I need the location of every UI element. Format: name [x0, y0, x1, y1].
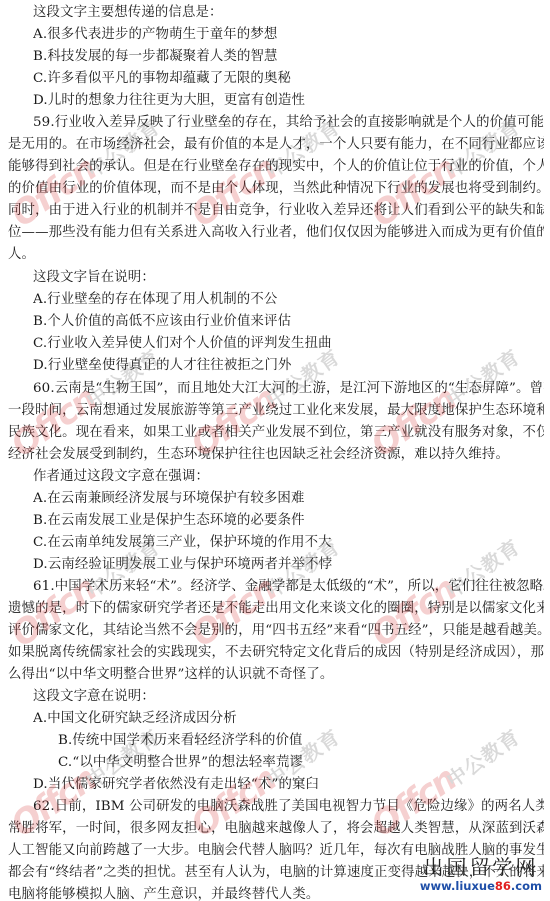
question-62-paragraph-line: 常胜将军，一时间，很多网友担心，电脑越来越像人了，将会超越人类智慧，从深蓝到沃森… — [8, 818, 544, 840]
question-59-paragraph-line: 位——那些没有能力但有关系进入高收入行业者，他们仅仅因为能够进入而成为更有价值的 — [8, 222, 544, 244]
question-60-paragraph-line: 经济社会发展受到制约，生态环境保护往往也因缺乏社会经济资源，难以持久维持。 — [8, 444, 544, 466]
question-prompt-61: 这段文字意在说明： — [33, 686, 544, 708]
site-logo-name: 出国留学网 — [420, 855, 542, 879]
question-prompt-58: 这段文字主要想传递的信息是： — [33, 2, 544, 24]
question-59-paragraph-line: 同时，由于进入行业的机制并不是自由竞争，行业收入差异还将让人们看到公平的缺失和缺 — [8, 200, 544, 222]
option-b-58: B.科技发展的每一步都凝聚着人类的智慧 — [33, 46, 544, 68]
question-59-paragraph-line: 59.行业收入差异反映了行业壁垒的存在，其给予社会的直接影响就是个人的价值可能 — [33, 112, 544, 134]
question-62-paragraph-line: 62.日前，IBM 公司研发的电脑沃森战胜了美国电视智力节目《危险边缘》的两名人… — [33, 796, 544, 818]
option-b-59: B.个人价值的高低不应该由行业价值来评估 — [33, 311, 544, 333]
question-61-paragraph-line: 如果脱离传统儒家社会的实践现实，不去研究特定文化背后的成因（特别是经济成因），那 — [8, 642, 544, 664]
option-a-59: A.行业壁垒的存在体现了用人机制的不公 — [33, 289, 544, 311]
question-61-paragraph-line: 么得出“以中华文明整合世界”这样的认识就不奇怪了。 — [8, 664, 544, 686]
option-c-58: C.许多看似平凡的事物却蕴藏了无限的奥秘 — [33, 68, 544, 90]
option-c-59: C.行业收入差异使人们对个人价值的评判发生扭曲 — [33, 333, 544, 355]
question-61-paragraph-line: 遗憾的是，时下的儒家研究学者还是不能走出用文化来谈文化的圈圈，特别是以儒家文化来 — [8, 598, 544, 620]
document-page: 这段文字主要想传递的信息是： A.很多代表进步的产物萌生于童年的梦想 B.科技发… — [0, 0, 550, 901]
question-61-paragraph-line: 评价儒家文化，其结论当然不会是别的，用“四书五经”来看“四书五经”，只能是越看越… — [8, 620, 544, 642]
option-a-58: A.很多代表进步的产物萌生于童年的梦想 — [33, 24, 544, 46]
option-b-61: B.传统中国学术历来看轻经济学科的价值 — [58, 730, 544, 752]
option-d-60: D.云南经验证明发展工业与保护环境两者并举不悖 — [33, 554, 544, 576]
site-logo-url: www.liuxue86.com — [420, 879, 542, 893]
question-59-paragraph-line: 是无用的。在市场经济社会，最有价值的本是人才，一个人只要有能力，在不同行业都应该 — [8, 134, 544, 156]
option-b-60: B.在云南发展工业是保护生态环境的必要条件 — [33, 510, 544, 532]
question-60-paragraph-line: 一段时间，云南想通过发展旅游等第三产业绕过工业化来发展，最大限度地保护生态环境和 — [8, 400, 544, 422]
site-logo: 出国留学网 www.liuxue86.com — [420, 855, 542, 893]
option-d-61: D.当代儒家研究学者依然没有走出轻“术”的窠臼 — [33, 774, 544, 796]
option-c-61: C.“以中华文明整合世界”的想法轻率荒谬 — [58, 752, 544, 774]
option-c-60: C.在云南单纯发展第三产业，保护环境的作用不大 — [33, 532, 544, 554]
question-59-paragraph-line: 的价值由行业的价值体现，而不是由个人体现，当然此种情况下行业的发展也将受到制约。 — [8, 178, 544, 200]
question-61-paragraph-line: 61.中国学术历来轻“术”。经济学、金融学都是太低级的“术”，所以，它们往往被忽… — [33, 576, 544, 598]
option-a-60: A.在云南兼顾经济发展与环境保护有较多困难 — [33, 488, 544, 510]
option-d-58: D.儿时的想象力往往更为大胆，更富有创造性 — [33, 90, 544, 112]
question-prompt-59: 这段文字旨在说明： — [33, 267, 544, 289]
question-60-paragraph-line: 60.云南是“生物王国”，而且地处大江大河的上游，是江河下游地区的“生态屏障”。… — [33, 378, 544, 400]
option-a-61: A.中国文化研究缺乏经济成因分析 — [33, 708, 544, 730]
question-59-paragraph-line: 能够得到社会的承认。但是在行业壁垒存在的现实中，个人的价值让位于行业的价值，个人 — [8, 156, 544, 178]
option-d-59: D.行业壁垒使得真正的人才往往被拒之门外 — [33, 355, 544, 377]
question-prompt-60: 作者通过这段文字意在强调： — [33, 466, 544, 488]
question-59-paragraph-line: 人。 — [8, 244, 544, 266]
question-60-paragraph-line: 民族文化。现在看来，如果工业或者相关产业发展不到位，第三产业就没有服务对象，不仅 — [8, 422, 544, 444]
